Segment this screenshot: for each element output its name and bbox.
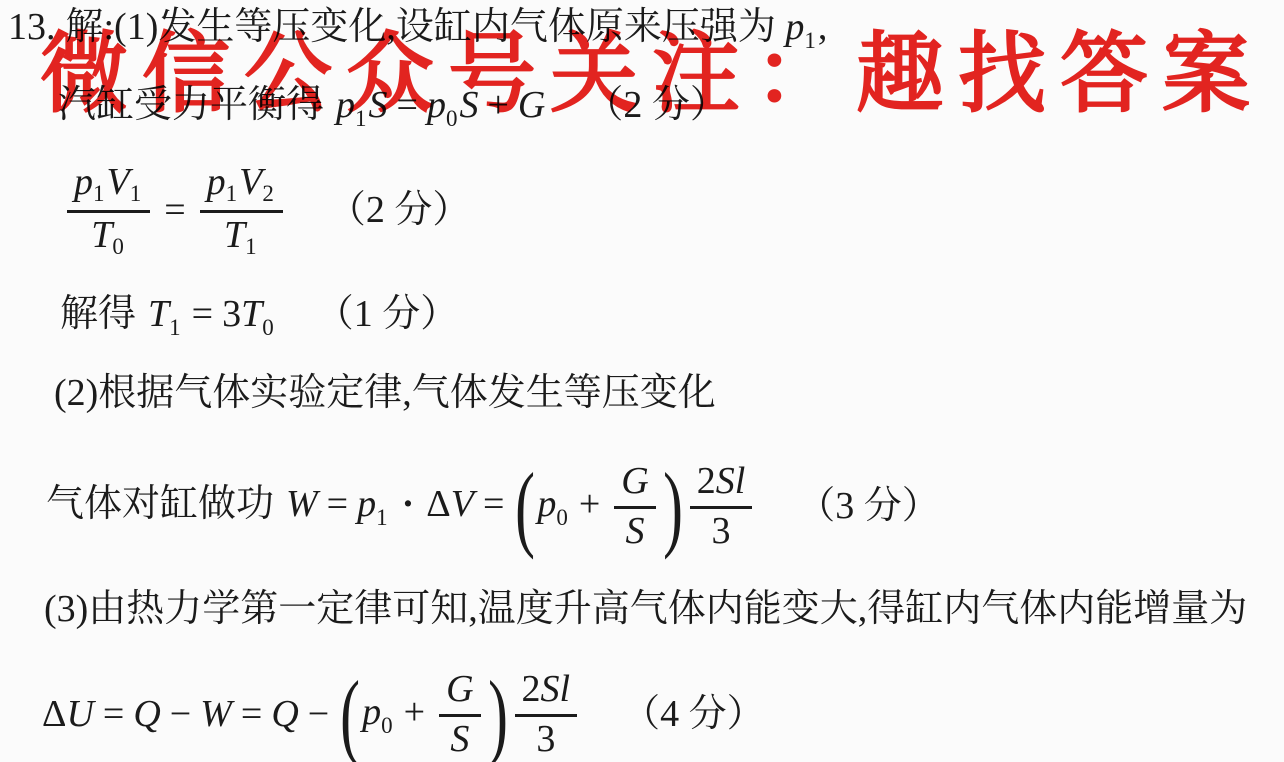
math-sub: 0 [381, 713, 393, 738]
math-coefficient: 2 [697, 460, 716, 502]
math-coefficient: 2 [522, 668, 541, 710]
math-var-W: W [286, 483, 318, 525]
math-var-Sl: Sl [541, 668, 571, 710]
minus-sign: − [308, 693, 329, 735]
math-var-p: p [74, 161, 93, 203]
right-parenthesis: ) [663, 469, 683, 546]
fraction-numerator: G [614, 462, 655, 509]
answer-document: 微信公众号关注：趣找答案 13.解:(1)发生等压变化,设缸内气体原来压强为 p… [0, 0, 1284, 762]
solution-line-7: (3)由热力学第一定律可知,温度升高气体内能变大,得缸内气体内能增量为 [44, 588, 1247, 632]
math-var-Sl: Sl [716, 460, 746, 502]
equals-sign: = [483, 483, 504, 525]
math-sub: 1 [169, 315, 181, 340]
fraction-numerator: p1V2 [200, 163, 283, 213]
math-var-U: U [66, 693, 93, 735]
math-var-W: W [200, 693, 232, 735]
fraction-denominator: T1 [224, 213, 259, 259]
math-var-V: V [451, 483, 474, 525]
fraction: 2Sl 3 [690, 462, 753, 552]
math-sub: 1 [376, 505, 388, 530]
fraction-numerator: p1V1 [67, 163, 150, 213]
score-label: （3 分） [797, 485, 940, 529]
equals-sign: = [164, 189, 185, 233]
left-parenthesis: ( [340, 677, 360, 754]
math-sub: 2 [262, 181, 274, 206]
equals-sign: = [327, 483, 348, 525]
math-sub: 1 [130, 181, 142, 206]
math-coefficient: 3 [222, 293, 241, 335]
math-sub: 1 [245, 234, 257, 259]
fraction-denominator: 3 [536, 717, 555, 760]
equals-sign: = [103, 693, 124, 735]
solution-line-3: p1V1 T0 = p1V2 T1 （2 分） [62, 158, 470, 264]
delta-symbol: Δ [426, 483, 450, 525]
paren-content-left: p0+ [362, 691, 434, 739]
equals-sign: = [192, 293, 213, 335]
text-run: 气体对缸做功 [46, 483, 274, 525]
math-sub: 0 [112, 234, 124, 259]
fraction: G S [614, 462, 655, 552]
math-sub: 0 [556, 505, 568, 530]
solution-line-8: ΔU=Q−W=Q− ( p0+ G S ) 2Sl 3 （4 分） [42, 662, 765, 762]
equals-sign: = [241, 693, 262, 735]
math-var-Q: Q [271, 693, 298, 735]
score-label: （1 分） [316, 293, 459, 335]
math-var-p: p [207, 161, 226, 203]
math-var-T: T [91, 214, 112, 256]
fraction: G S [439, 670, 480, 760]
text-run: (2)根据气体实验定律,气体发生等压变化 [54, 372, 716, 414]
right-parenthesis: ) [488, 677, 508, 754]
fraction-denominator: S [626, 509, 645, 552]
solution-line-4: 解得T1=3T0（1 分） [60, 293, 458, 341]
math-var-T: T [224, 214, 245, 256]
fraction-denominator: T0 [91, 213, 126, 259]
math-var-p: p [357, 483, 376, 525]
plus-sign: + [579, 483, 600, 525]
math-var-V: V [239, 161, 262, 203]
minus-sign: − [170, 693, 191, 735]
fraction-denominator: 3 [712, 509, 731, 552]
fraction-numerator: G [439, 670, 480, 717]
fraction: p1V2 T1 [200, 163, 283, 259]
fraction-numerator: 2Sl [515, 670, 578, 717]
delta-symbol: Δ [42, 693, 66, 735]
math-var-T: T [148, 293, 169, 335]
fraction: 2Sl 3 [515, 670, 578, 760]
score-label: （4 分） [622, 693, 765, 737]
math-var-Q: Q [133, 693, 160, 735]
formula-head: 气体对缸做功W=p1·ΔV= [46, 483, 513, 531]
fraction: p1V1 T0 [67, 163, 150, 259]
math-sub: 1 [226, 181, 238, 206]
math-var-V: V [107, 161, 130, 203]
plus-sign: + [404, 691, 425, 733]
solution-line-6: 气体对缸做功W=p1·ΔV= ( p0+ G S ) 2Sl 3 （3 分） [46, 454, 940, 560]
math-sub: 0 [262, 315, 274, 340]
text-run: 解得 [60, 293, 136, 335]
paren-content-left: p0+ [537, 483, 609, 531]
left-parenthesis: ( [515, 469, 535, 546]
math-var-p: p [362, 691, 381, 733]
solution-line-5: (2)根据气体实验定律,气体发生等压变化 [54, 372, 716, 416]
text-run: (3)由热力学第一定律可知,温度升高气体内能变大,得缸内气体内能增量为 [44, 588, 1247, 630]
math-var-p: p [537, 483, 556, 525]
dot-operator: · [402, 483, 415, 525]
fraction-denominator: S [450, 717, 469, 760]
math-var-T: T [241, 293, 262, 335]
formula-head: ΔU=Q−W=Q− [42, 693, 338, 737]
watermark-text: 微信公众号关注：趣找答案 [40, 30, 1264, 118]
math-sub: 1 [93, 181, 105, 206]
score-label: （2 分） [328, 189, 471, 233]
fraction-numerator: 2Sl [690, 462, 753, 509]
